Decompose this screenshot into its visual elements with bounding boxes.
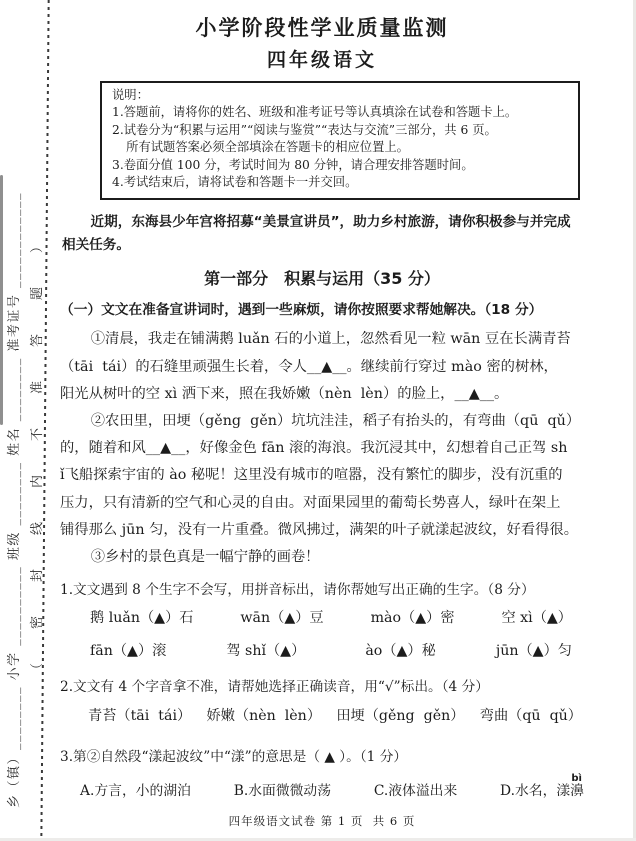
passage-line: （tāi tái）的石缝里顽强生长着，令人__▲__。继续前行穿过 mào 密的… bbox=[60, 354, 584, 381]
passage-line: 压力，只有清新的空气和心灵的自由。对面果园里的葡萄长势喜人，绿叶在架上 bbox=[60, 490, 584, 517]
exam-subtitle: 四年级语文 bbox=[60, 45, 584, 72]
seal-line-text: （密封线内不准答题） bbox=[26, 206, 45, 676]
pinyin-annotation: bì bbox=[571, 766, 582, 792]
question-1-label: 1.文文遇到 8 个生字不会写，用拼音标出，请你帮她写出正确的生字。（8 分） bbox=[60, 578, 584, 602]
exam-content-column: 小学阶段性学业质量监测 四年级语文 说明： 1.答题前，请将你的姓名、班级和准考… bbox=[60, 4, 584, 804]
pronunciation-item: 田埂（gěng gěn） bbox=[336, 701, 464, 731]
notice-line: 3.卷面分值 100 分，考试时间为 80 分钟，请合理安排答题时间。 bbox=[112, 157, 570, 174]
notice-line: 2.试卷分为“积累与运用”“阅读与鉴赏”“表达与交流”三部分，共 6 页。 bbox=[112, 122, 570, 139]
passage-line: ǐ飞船探索宇宙的 ào 秘呢！这里没有城市的喧嚣，没有繁忙的脚步，没有沉重的 bbox=[60, 462, 584, 489]
passage-line: ③乡村的景色真是一幅宁静的画卷！ bbox=[60, 544, 584, 571]
word-blank-item: 空 xì（▲） bbox=[501, 602, 572, 635]
option-item-c: C.液体溢出来 bbox=[374, 778, 457, 804]
scan-edge-artifact bbox=[0, 175, 3, 425]
question-2-label: 2.文文有 4 个字音拿不准，请帮她选择正确读音，用“√”标出。（4 分） bbox=[60, 675, 584, 699]
word-blank-item: mào（▲）密 bbox=[371, 602, 455, 635]
word-blank-item: ào（▲）秘 bbox=[365, 635, 435, 668]
exam-paper-scan: { "colors": { "ink": "#1c1c1c", "paper":… bbox=[0, 0, 636, 841]
passage-line: 铺得那么 jūn 匀，没有一片重叠。微风拂过，满架的叶子就漾起波纹，好看得很。 bbox=[60, 517, 584, 544]
word-blank-item: jūn（▲）匀 bbox=[496, 635, 572, 668]
question-3-label: 3.第②自然段“漾起波纹”中“漾”的意思是（ ▲ ）。（1 分） bbox=[60, 745, 584, 769]
option-item-a: A.方言，小的湖泊 bbox=[80, 778, 191, 804]
section-one-heading: 第一部分 积累与运用（35 分） bbox=[60, 266, 584, 289]
notice-line: 1.答题前，请将你的姓名、班级和准考证号等认真填涂在试卷和答题卡上。 bbox=[112, 104, 570, 121]
passage-line: ②农田里，田埂（gěng gěn）坑坑洼洼，稻子有抬头的，有弯曲（qū qǔ） bbox=[60, 408, 584, 435]
question-1-word-row: 鹅 luǎn（▲）石 wān（▲）豆 mào（▲）密 空 xì（▲） bbox=[60, 602, 584, 635]
word-blank-item: fān（▲）滚 bbox=[90, 635, 166, 668]
notice-label: 说明： bbox=[112, 87, 570, 104]
student-info-fields: 乡（镇）________ 小学 __________ 班级 ________ 姓… bbox=[3, 192, 22, 808]
question-2-pronunciation-row: 青苔（tāi tái） 娇嫩（nèn lèn） 田埂（gěng gěn） 弯曲（… bbox=[60, 701, 584, 731]
word-blank-item: wān（▲）豆 bbox=[240, 602, 323, 635]
pronunciation-item: 弯曲（qū qǔ） bbox=[480, 701, 582, 731]
passage-line: ①清晨，我走在铺满鹅 luǎn 石的小道上，忽然看见一粒 wān 豆在长满青苔 bbox=[60, 326, 584, 353]
word-blank-item: 鹅 luǎn（▲）石 bbox=[90, 602, 193, 635]
notice-box: 说明： 1.答题前，请将你的姓名、班级和准考证号等认真填涂在试卷和答题卡上。 2… bbox=[100, 81, 580, 200]
reading-passage: ①清晨，我走在铺满鹅 luǎn 石的小道上，忽然看见一粒 wān 豆在长满青苔 … bbox=[60, 326, 584, 571]
exam-title: 小学阶段性学业质量监测 bbox=[60, 12, 584, 42]
page-footer: 四年级语文试卷 第 1 页 共 6 页 bbox=[60, 813, 584, 829]
word-blank-item: 驾 shǐ（▲） bbox=[226, 635, 305, 668]
intro-paragraph: 近期，东海县少年宫将招募“美景宣讲员”，助力乡村旅游，请你积极参与并完成相关任务… bbox=[62, 211, 584, 257]
question-3-options: A.方言，小的湖泊 B.水面微微动荡 C.液体溢出来 bìD.水名，漾濞 bbox=[60, 778, 584, 804]
option-item-d: bìD.水名，漾濞 bbox=[500, 778, 584, 804]
option-item-b: B.水面微微动荡 bbox=[234, 778, 331, 804]
pronunciation-item: 娇嫩（nèn lèn） bbox=[207, 701, 322, 731]
question-1-word-row: fān（▲）滚 驾 shǐ（▲） ào（▲）秘 jūn（▲）匀 bbox=[60, 635, 584, 668]
pronunciation-item: 青苔（tāi tái） bbox=[88, 701, 191, 731]
task-one-heading: （一）文文在准备宣讲词时，遇到一些麻烦，请你按照要求帮她解决。（18 分） bbox=[60, 300, 584, 321]
passage-line: 的，随着和风__▲__，好像金色 fān 滚的海浪。我沉浸其中，幻想着自己正驾 … bbox=[60, 435, 584, 462]
notice-line-continuation: 所有试题答案必须全部填涂在答题卡的相应位置上。 bbox=[112, 139, 570, 156]
notice-line: 4.考试结束后，请将试卷和答题卡一并交回。 bbox=[112, 174, 570, 191]
passage-line: 阳光从树叶的空 xì 洒下来，照在我娇嫩（nèn lèn）的脸上，__▲__。 bbox=[60, 381, 584, 408]
